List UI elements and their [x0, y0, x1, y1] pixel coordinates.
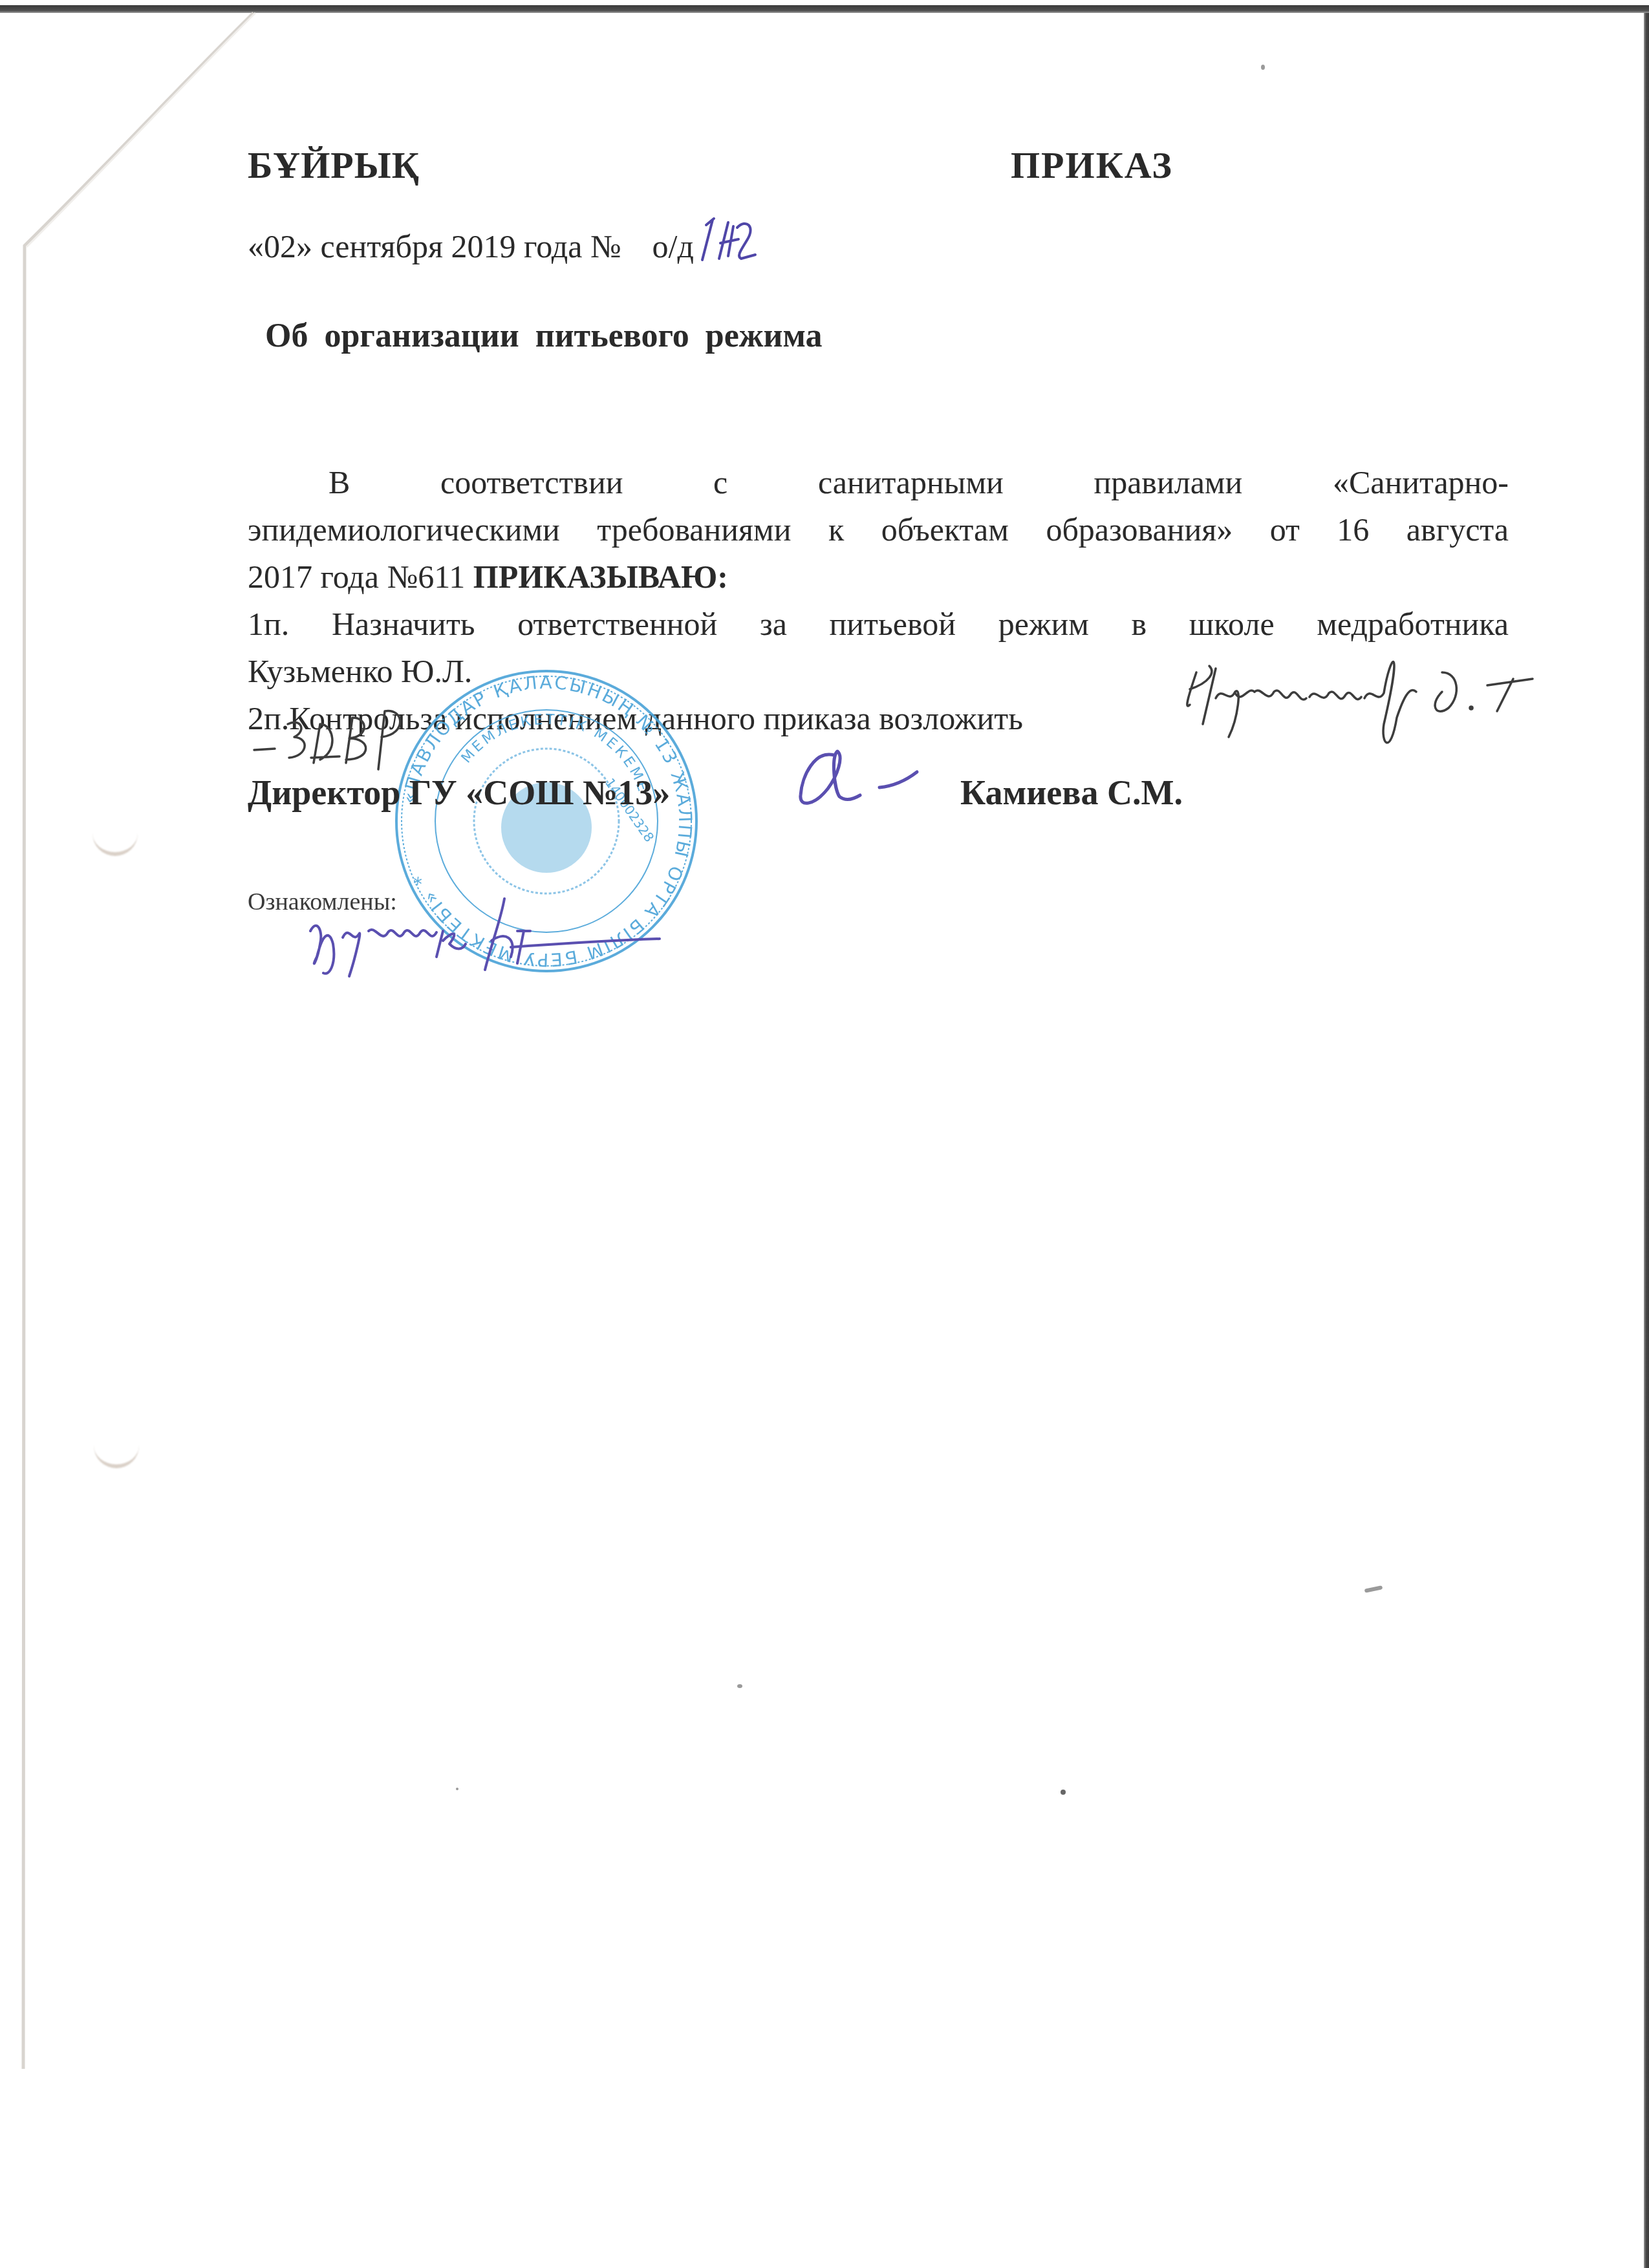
order-subject: Об организации питьевого режима [265, 317, 823, 355]
scan-speck [456, 1788, 458, 1790]
scan-speck [1061, 1790, 1066, 1795]
scan-top-edge [0, 5, 1649, 13]
title-kazakh: БҰЙРЫҚ [248, 144, 420, 187]
punch-hole-bottom [94, 1445, 139, 1468]
title-russian: ПРИКАЗ [1011, 144, 1173, 187]
preamble-line-1: В соответствии с санитарными правилами «… [248, 459, 1509, 506]
scan-speck [737, 1684, 742, 1688]
director-position: Директор ГУ «СОШ №13» [248, 773, 670, 813]
scan-speck [1261, 65, 1265, 70]
preamble-line-2: эпидемиологическими требованиями к объек… [248, 506, 1509, 553]
handwritten-position-zdvr [249, 698, 417, 776]
preamble-line-3: 2017 года №611 ПРИКАЗЫВАЮ: [248, 553, 1509, 601]
order-directive: ПРИКАЗЫВАЮ: [473, 559, 728, 595]
order-number-suffix: о/д [652, 228, 694, 264]
director-name: Камиева С.М. [960, 773, 1183, 813]
item-1-line-1: 1п. Назначить ответственной за питьевой … [248, 601, 1509, 648]
preamble-reference: 2017 года №611 [248, 559, 473, 595]
director-signature [789, 744, 944, 815]
order-number-handwritten [691, 213, 762, 272]
order-date-line: «02» сентября 2019 года №о/д [248, 228, 694, 265]
handwritten-responsible-name [1170, 647, 1571, 763]
scan-speck [1364, 1585, 1383, 1593]
order-date: «02» сентября 2019 года № [248, 228, 621, 264]
punch-hole-top [92, 833, 138, 856]
acknowledgement-signature [297, 892, 673, 983]
scan-right-edge [1644, 13, 1649, 2268]
